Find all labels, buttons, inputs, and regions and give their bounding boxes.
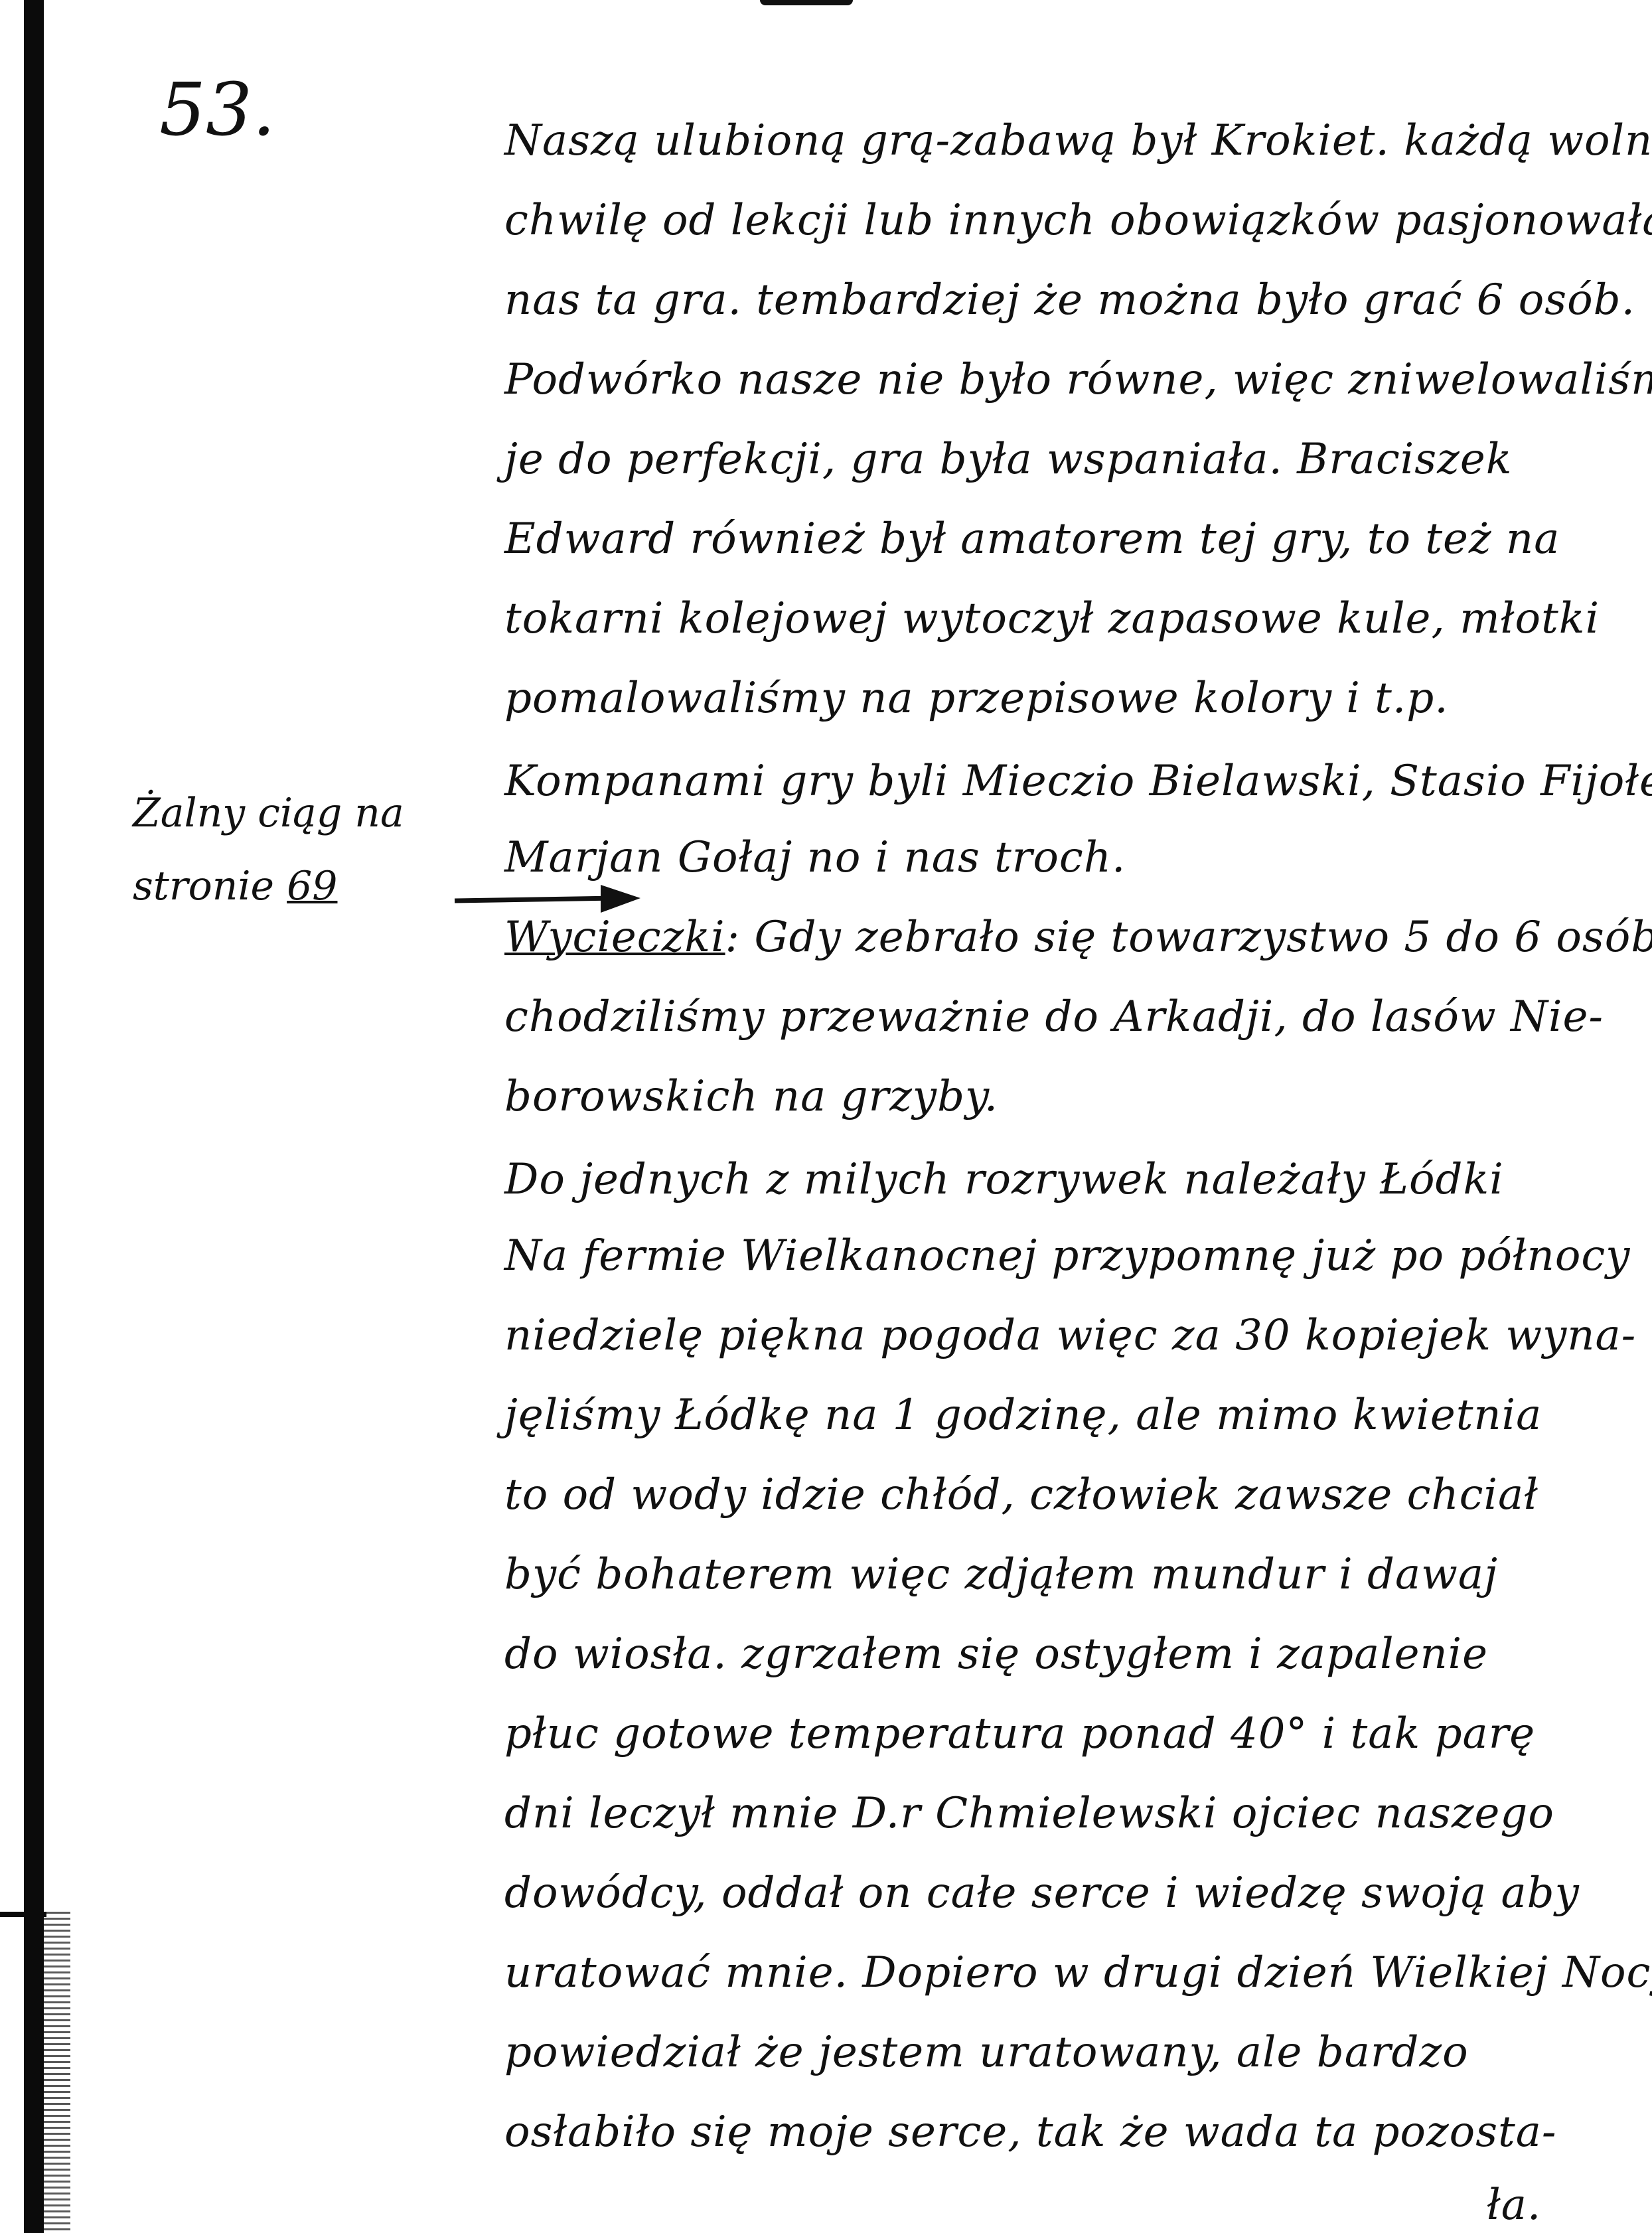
text-line-7: tokarni kolejowej wytoczył zapasowe kule… bbox=[504, 597, 1600, 640]
text-line-19: być bohaterem więc zdjąłem mundur i dawa… bbox=[504, 1553, 1498, 1596]
top-ink-mark bbox=[760, 0, 853, 5]
text-line-20: do wiosła. zgrzałem się ostygłem i zapal… bbox=[504, 1633, 1488, 1675]
text-line-11: Wycieczki: Gdy zebrało się towarzystwo 5… bbox=[504, 916, 1652, 959]
text-line-13: borowskich na grzyby. bbox=[504, 1075, 998, 1118]
binding-mark bbox=[0, 1912, 46, 1917]
text-line-15: Na fermie Wielkanocnej przypomnę już po … bbox=[504, 1235, 1630, 1277]
text-line-21: płuc gotowe temperatura ponad 40° i tak … bbox=[504, 1713, 1535, 1755]
text-line-18: to od wody idzie chłód, człowiek zawsze … bbox=[504, 1474, 1539, 1516]
margin-note-line-2: stronie 69 bbox=[133, 866, 337, 906]
margin-note-page-ref: 69 bbox=[287, 863, 337, 909]
text-line-26: osłabiło się moje serce, tak że wada ta … bbox=[504, 2111, 1557, 2153]
text-line-5: je do perfekcji, gra była wspaniała. Bra… bbox=[504, 438, 1512, 481]
text-line-1: Naszą ulubioną grą-zabawą był Krokiet. k… bbox=[504, 119, 1652, 162]
text-line-22: dni leczył mnie D.r Chmielewski ojciec n… bbox=[504, 1792, 1554, 1835]
section-heading-wycieczki: Wycieczki: Gdy zebrało się towarzystwo 5… bbox=[504, 913, 1652, 962]
text-line-3: nas ta gra. tembardziej że można było gr… bbox=[504, 279, 1635, 321]
text-line-10: Marjan Gołaj no i nas troch. bbox=[504, 836, 1126, 879]
text-line-23: dowódcy, oddał on całe serce i wiedzę sw… bbox=[504, 1872, 1580, 1914]
page-number: 53. bbox=[159, 73, 275, 146]
text-line-24: uratować mnie. Dopiero w drugi dzień Wie… bbox=[504, 1952, 1652, 1994]
margin-note-prefix: stronie bbox=[133, 863, 287, 909]
margin-note-line-1: Żalny ciąg na bbox=[133, 793, 404, 833]
text-line-4: Podwórko nasze nie było równe, więc zniw… bbox=[504, 358, 1652, 401]
section-heading-text: : Gdy zebrało się towarzystwo 5 do 6 osó… bbox=[725, 913, 1652, 962]
text-line-16: niedzielę piękna pogoda więc za 30 kopie… bbox=[504, 1314, 1636, 1357]
section-heading-label: Wycieczki bbox=[504, 913, 725, 962]
text-line-17: jęliśmy Łódkę na 1 godzinę, ale mimo kwi… bbox=[504, 1394, 1542, 1436]
text-line-2: chwilę od lekcji lub innych obowiązków p… bbox=[504, 199, 1652, 242]
text-line-25: powiedział że jestem uratowany, ale bard… bbox=[504, 2031, 1469, 2074]
text-line-14: Do jednych z milych rozrywek należały Łó… bbox=[504, 1158, 1504, 1201]
text-line-8: pomalowaliśmy na przepisowe kolory i t.p… bbox=[504, 677, 1449, 720]
text-line-27: ła. bbox=[1487, 2184, 1541, 2226]
text-line-12: chodziliśmy przeważnie do Arkadji, do la… bbox=[504, 996, 1604, 1038]
text-line-9: Kompanami gry byli Mieczio Bielawski, St… bbox=[504, 760, 1652, 803]
book-binding-edge bbox=[24, 0, 44, 2233]
text-line-6: Edward również był amatorem tej gry, to … bbox=[504, 518, 1560, 560]
binding-shadow bbox=[44, 1912, 70, 2233]
